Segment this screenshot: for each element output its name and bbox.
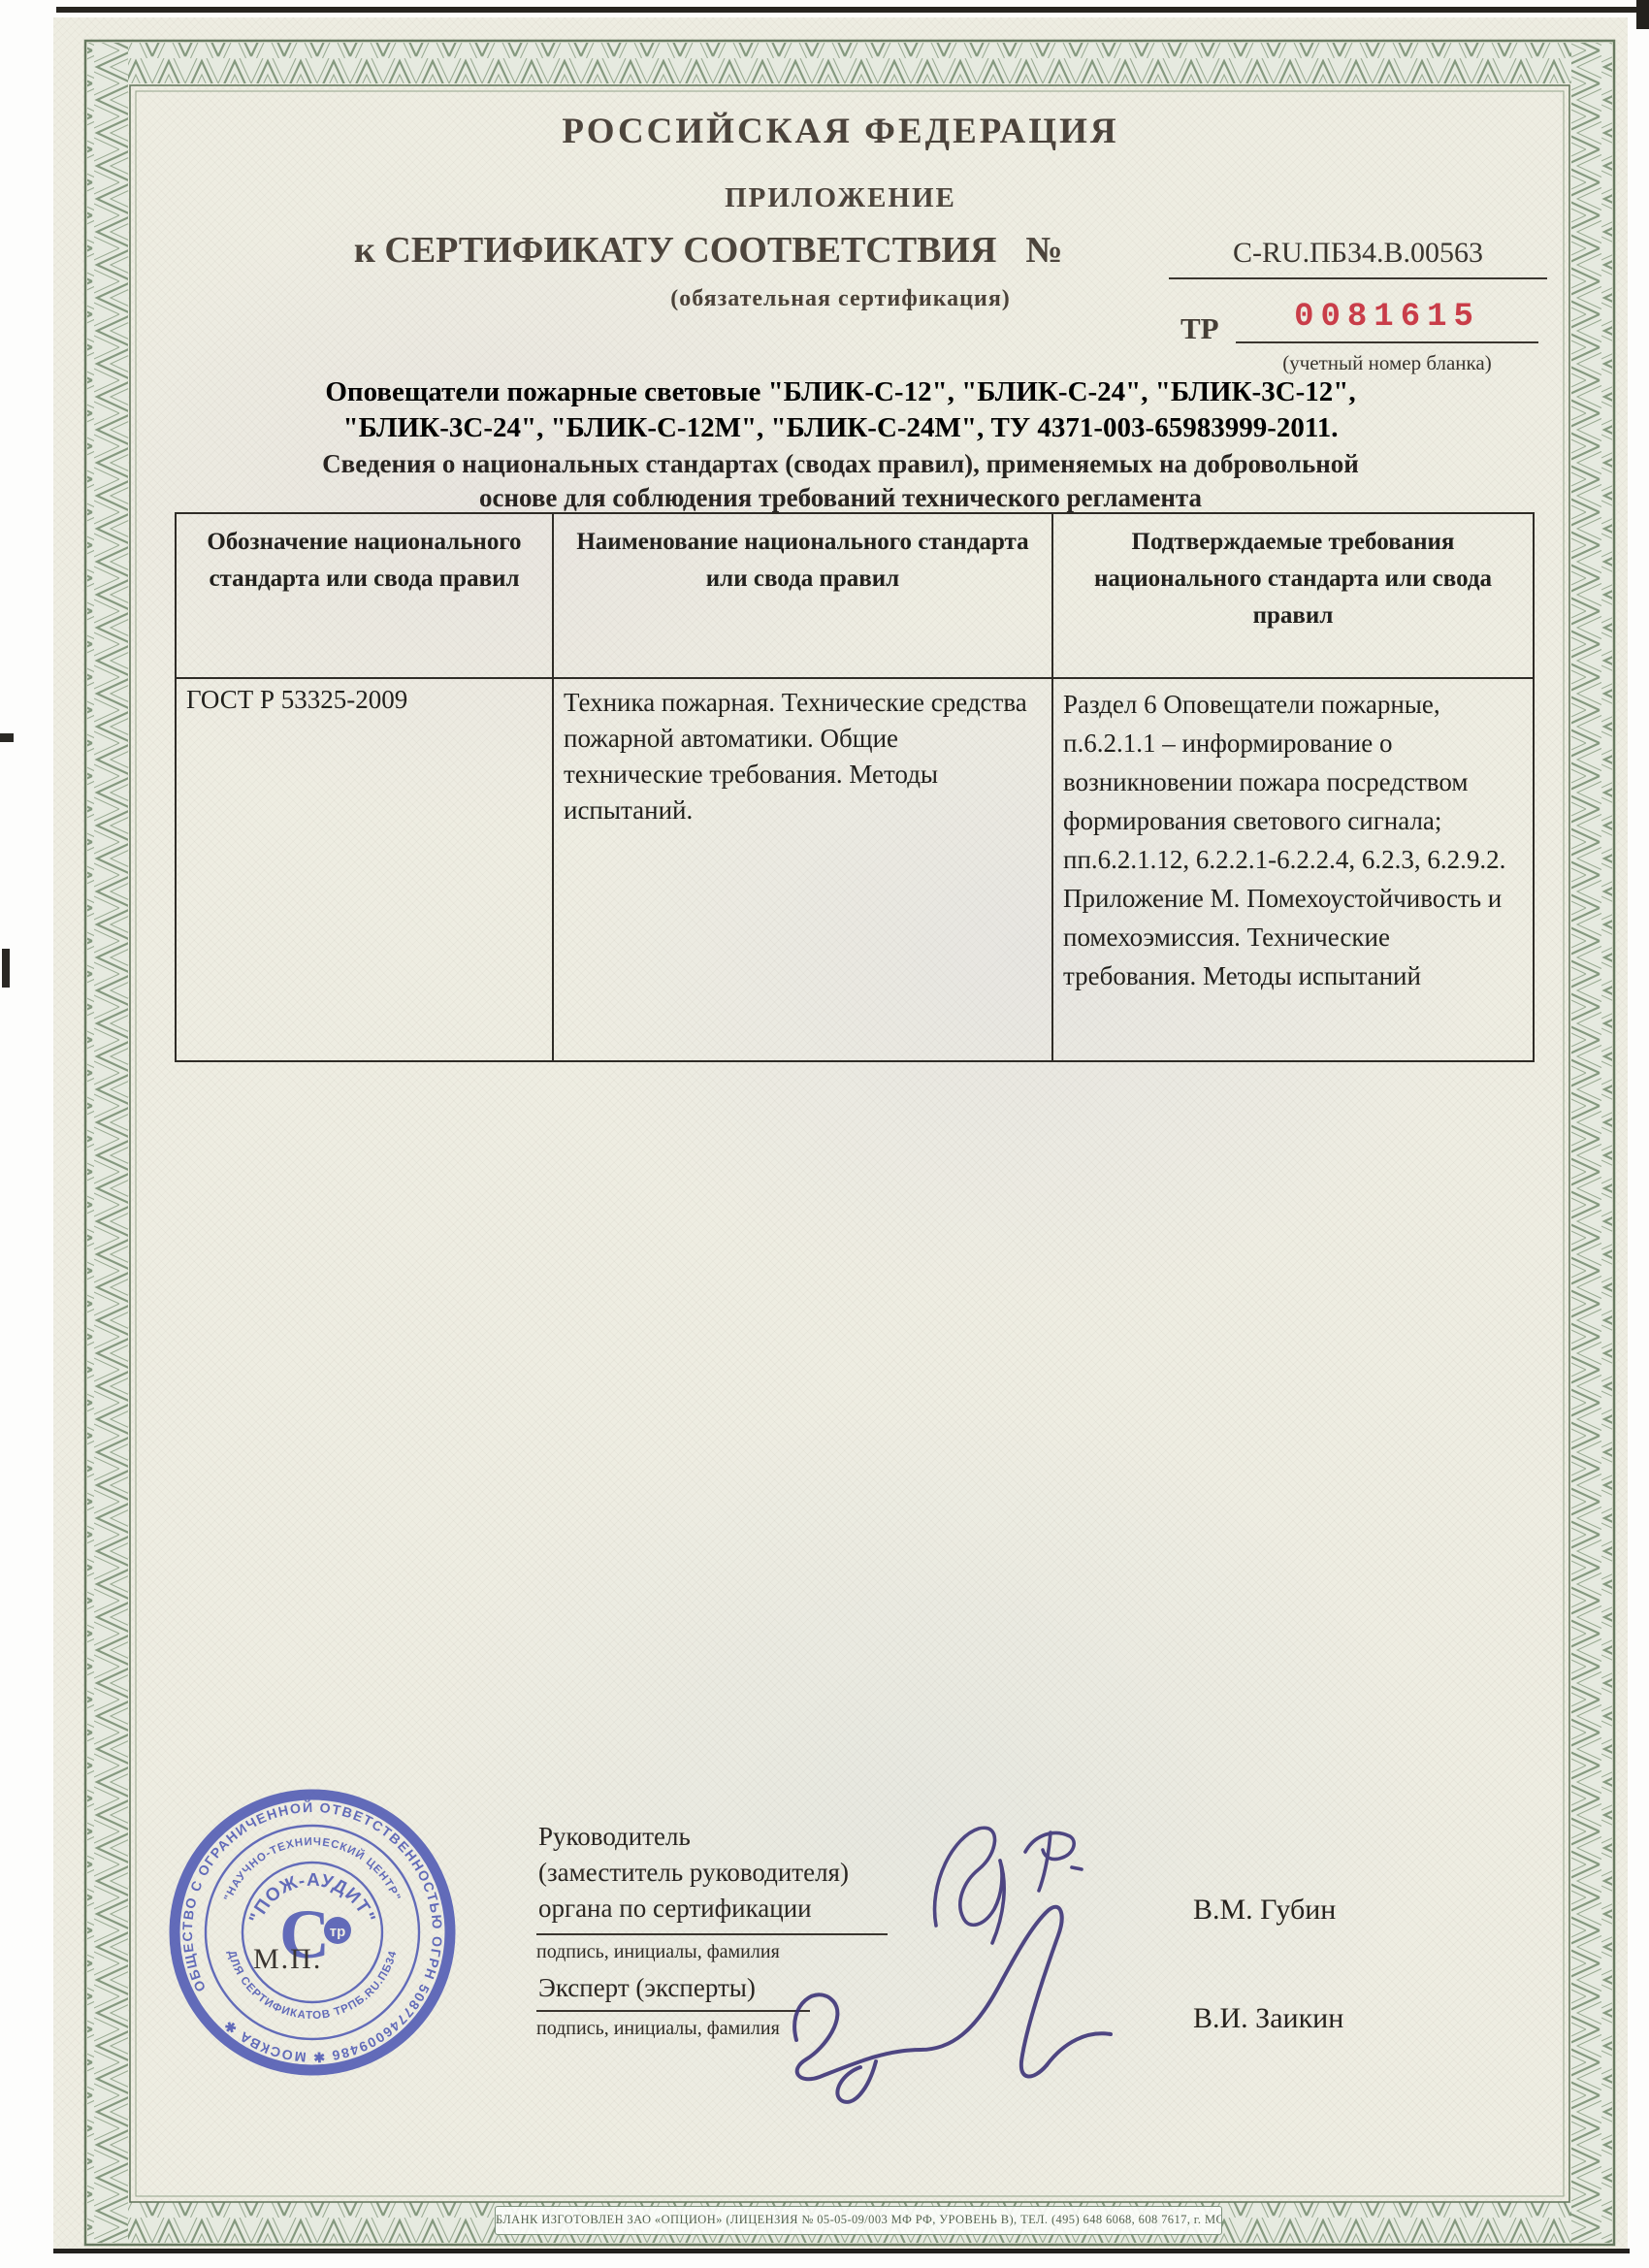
scanner-left-mark (0, 733, 14, 742)
head-name: В.М. Губин (1193, 1894, 1336, 1927)
table-row: ГОСТ Р 53325-2009 Техника пожарная. Техн… (176, 678, 1534, 1061)
table-header-row: Обозначение национального стандарта или … (176, 513, 1534, 678)
country-header: РОССИЙСКАЯ ФЕДЕРАЦИЯ (53, 111, 1628, 152)
scanned-certificate-appendix: { "document": { "country_header": "РОССИ… (0, 0, 1649, 2268)
certificate-title-text: к СЕРТИФИКАТУ СООТВЕТСТВИЯ (354, 230, 996, 271)
blank-registration-number: 0081615 (1236, 299, 1538, 343)
cell-requirements: Раздел 6 Оповещатели пожарные, п.6.2.1.1… (1052, 678, 1534, 1061)
certificate-title-line: к СЕРТИФИКАТУ СООТВЕТСТВИЯ№ (354, 229, 1063, 272)
product-line-2: "БЛИК-3С-24", "БЛИК-С-12М", "БЛИК-С-24М"… (53, 410, 1628, 446)
expert-signature-caption: подпись, инициалы, фамилия (536, 2018, 780, 2040)
blank-number-caption: (учетный номер бланка) (1236, 351, 1538, 375)
cell-standard-name: Техника пожарная. Технические средства п… (553, 678, 1052, 1061)
standards-note-line-1: Сведения о национальных стандартах (свод… (53, 447, 1628, 481)
stamp-graphic: ОБЩЕСТВО С ОГРАНИЧЕННОЙ ОТВЕТСТВЕННОСТЬЮ… (167, 1787, 458, 2078)
certificate-page: РОССИЙСКАЯ ФЕДЕРАЦИЯ ПРИЛОЖЕНИЕ к СЕРТИФ… (53, 17, 1628, 2249)
expert-name: В.И. Заикин (1193, 2002, 1343, 2035)
standards-table: Обозначение национального стандарта или … (175, 512, 1535, 1062)
cell-designation: ГОСТ Р 53325-2009 (176, 678, 553, 1061)
header-requirements: Подтверждаемые требования национального … (1052, 513, 1534, 678)
expert-signature-ink (761, 1895, 1179, 2122)
page-bottom-edge (53, 2249, 1630, 2253)
header-name: Наименование национального стандарта или… (553, 513, 1052, 678)
scanner-corner-mark (1636, 0, 1649, 29)
head-role-line-2: (заместитель руководителя) (538, 1855, 849, 1891)
seal-place-mark: М.П. (253, 1943, 322, 1976)
head-signature-caption: подпись, инициалы, фамилия (536, 1941, 780, 1963)
header-designation: Обозначение национального стандарта или … (176, 513, 553, 678)
number-sign: № (1025, 230, 1062, 271)
scanner-left-mark (2, 949, 10, 988)
head-role-line-1: Руководитель (538, 1819, 849, 1855)
appendix-title: ПРИЛОЖЕНИЕ (53, 182, 1628, 214)
standards-note-line-2: основе для соблюдения требований техниче… (53, 481, 1628, 515)
expert-role-label: Эксперт (эксперты) (538, 1973, 756, 2003)
blank-imprint: БЛАНК ИЗГОТОВЛЕН ЗАО «ОПЦИОН» (ЛИЦЕНЗИЯ … (495, 2206, 1222, 2235)
product-line-1: Оповещатели пожарные световые "БЛИК-С-12… (53, 374, 1628, 410)
round-stamp: ОБЩЕСТВО С ОГРАНИЧЕННОЙ ОТВЕТСТВЕННОСТЬЮ… (167, 1787, 458, 2078)
tr-label: ТР (1180, 311, 1219, 346)
standards-note: Сведения о национальных стандартах (свод… (53, 447, 1628, 515)
product-description: Оповещатели пожарные световые "БЛИК-С-12… (53, 374, 1628, 446)
scanner-edge-line (56, 7, 1649, 13)
certificate-number: C-RU.ПБ34.В.00563 (1169, 237, 1547, 279)
stamp-center-small: тр (330, 1924, 346, 1940)
